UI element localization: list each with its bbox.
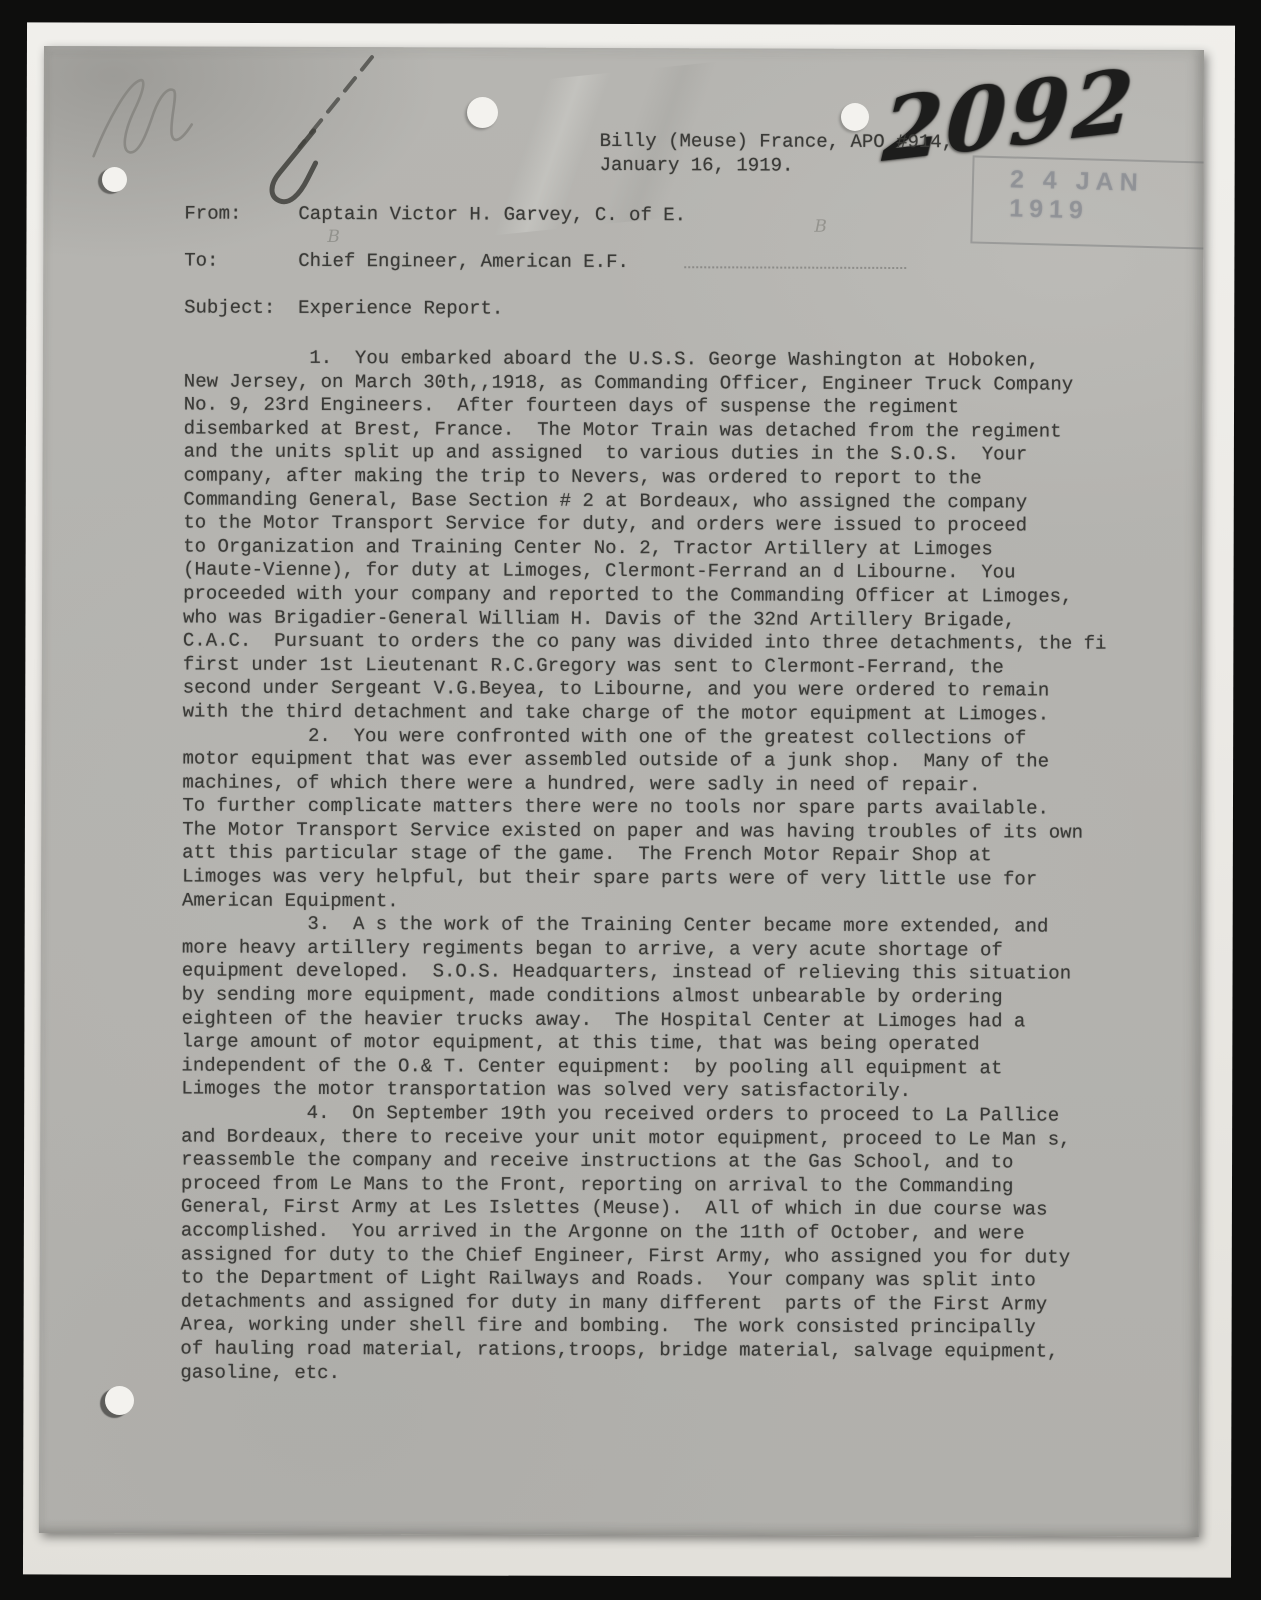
received-date-stamp: 2 4 JAN 1919 xyxy=(970,155,1204,250)
from-row: From:Captain Victor H. Garvey, C. of E. xyxy=(184,202,686,227)
subject-value: Experience Report. xyxy=(298,297,503,320)
subject-row: Subject:Experience Report. xyxy=(184,296,686,321)
to-label: To: xyxy=(184,249,298,273)
pencil-b-mark-right: B xyxy=(814,217,827,237)
punch-hole-top-right xyxy=(841,103,869,131)
from-value: Captain Victor H. Garvey, C. of E. xyxy=(298,203,686,226)
pencil-b-mark-left: B xyxy=(327,227,340,247)
dotted-underline xyxy=(684,264,906,269)
to-row: To:Chief Engineer, American E.F. xyxy=(184,249,686,274)
heading-location-line: Billy (Meuse) France, APO #914, xyxy=(600,130,954,155)
stamp-date-text: 2 4 JAN 1919 xyxy=(1009,165,1204,228)
letter-body: 1. You embarked aboard the U.S.S. George… xyxy=(180,346,1107,1387)
from-label: From: xyxy=(184,202,298,226)
punch-hole-left-upper xyxy=(102,167,127,192)
heading-date-line: January 16, 1919. xyxy=(600,154,954,179)
scanned-document-view: { "colors": { "background": "#0e0e0d", "… xyxy=(0,0,1261,1600)
subject-label: Subject: xyxy=(184,296,298,320)
letter-meta-block: From:Captain Victor H. Garvey, C. of E. … xyxy=(184,202,686,345)
punch-hole-left-lower xyxy=(105,1386,134,1415)
to-value: Chief Engineer, American E.F. xyxy=(298,250,629,273)
letter-heading: Billy (Meuse) France, APO #914, January … xyxy=(600,130,954,178)
document-page: 2092 2 4 JAN 1919 Billy (Meuse) France, … xyxy=(39,46,1204,1537)
punch-hole-top-left xyxy=(467,97,498,128)
